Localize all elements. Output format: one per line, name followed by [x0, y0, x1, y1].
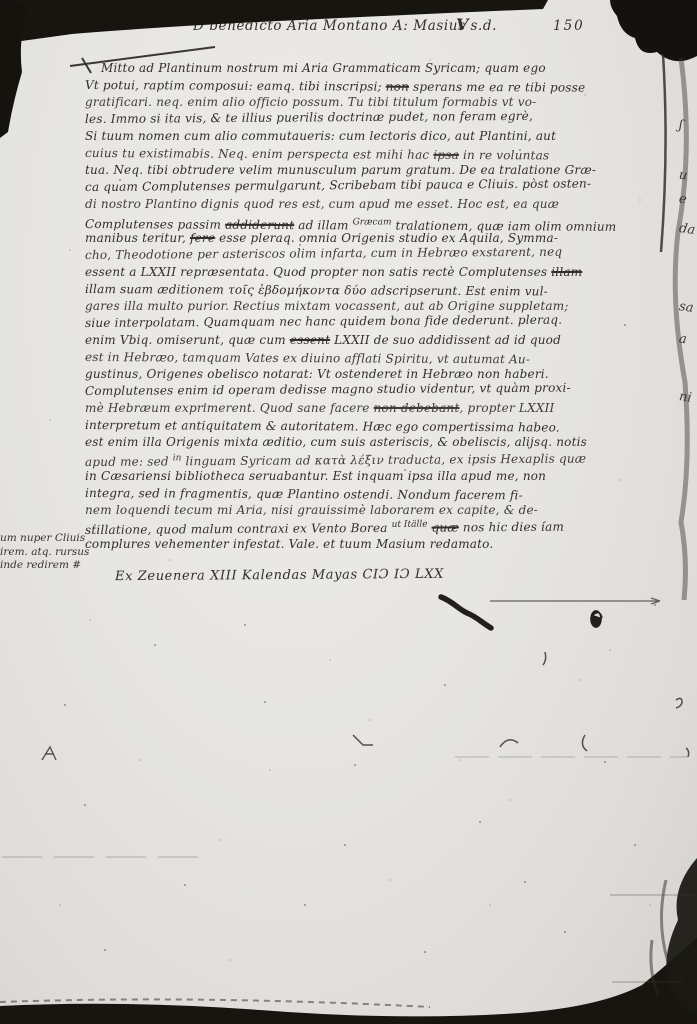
folio-number: 150 — [553, 18, 585, 34]
manuscript-body: Mitto ad Plantinum nostrum mi Aria Gramm… — [85, 60, 650, 553]
gutter-fragment: e — [678, 192, 688, 208]
gutter-fragment: a — [678, 332, 688, 348]
manuscript-line: in Cæsariensi bibliotheca seruabantur. E… — [85, 468, 650, 485]
manuscript-line: enim Vbiq. omiserunt, quæ cum essent LXX… — [85, 332, 650, 349]
manuscript-line: Si tuum nomen cum alio commutaueris: cum… — [85, 128, 650, 145]
manuscript-page-photo: D benedicto Aria Montano A: Masius s.d. … — [0, 0, 697, 1024]
right-crease-line — [661, 54, 666, 252]
manuscript-line: cho, Theodotione per asteriscos olim inf… — [85, 243, 650, 264]
manuscript-line: complures vehementer infestat. Vale. et … — [85, 536, 650, 553]
margin-note: um nuper Cliuisirem. atq. rursusinde red… — [0, 532, 100, 573]
manuscript-line: ca quam Complutenses permulgarunt, Scrib… — [85, 175, 650, 196]
bottom-right-ink-blot — [666, 858, 697, 1016]
section-numeral: V — [456, 15, 468, 34]
bottom-border-shadow — [0, 938, 697, 1024]
manuscript-line: Complutenses enim id operam dedisse magn… — [85, 379, 650, 400]
bottom-right-rule-fragments — [610, 895, 694, 982]
ink-squiggle — [441, 597, 491, 628]
gutter-fragment: ʃ — [678, 118, 684, 133]
manuscript-line: stillatione, quod malum contraxi ex Vent… — [85, 515, 650, 536]
manuscript-line: essent a LXXII repræsentata. Quod propte… — [85, 264, 650, 281]
header-dedication: D benedicto Aria Montano A: Masius s.d. — [193, 18, 497, 34]
gutter-fragment: ni — [678, 389, 692, 406]
gutter-fragment: u — [678, 167, 688, 183]
manuscript-line: mè Hebræum exprimerent. Quod sane facere… — [85, 400, 650, 417]
small-pen-marks — [353, 652, 689, 757]
ink-blob — [591, 611, 602, 627]
manuscript-line: interpretum et antiquitatem & autoritate… — [85, 417, 650, 437]
margin-note-line: um nuper Cliuis — [0, 532, 100, 546]
margin-note-line: irem. atq. rursus — [0, 546, 100, 560]
bottom-right-scratches — [651, 880, 668, 995]
page-header: D benedicto Aria Montano A: Masius s.d. … — [0, 14, 697, 36]
gutter-fragment: sa — [678, 299, 694, 316]
manuscript-line: cuius tu existimabis. Neq. enim perspect… — [85, 145, 650, 165]
gutter-fragment: da — [678, 221, 696, 238]
manuscript-line: apud me: sed in linguam Syricam ad κατὰ … — [85, 447, 650, 468]
date-line: Ex Zeuenera XIII Kalendas Mayas CIƆ IƆ L… — [115, 567, 444, 584]
margin-note-line: inde redirem # — [0, 559, 100, 573]
manuscript-line: di nostro Plantino dignis quod res est, … — [85, 196, 650, 213]
pen-rule-arrow — [490, 598, 660, 604]
doodle-a — [42, 747, 56, 760]
bottom-border-speckle-line — [0, 999, 430, 1007]
manuscript-line: les. Immo si ita vis, & te illius pueril… — [85, 107, 650, 128]
manuscript-line: siue interpolatam. Quamquam nec hanc qui… — [85, 311, 650, 332]
gutter-fragments: ʃuedasaani — [673, 0, 697, 600]
manuscript-line: Complutenses passim addiderunt ad illam … — [85, 213, 650, 233]
manuscript-line: Mitto ad Plantinum nostrum mi Aria Gramm… — [85, 60, 650, 77]
manuscript-line: est in Hebræo, tamquam Vates ex diuino a… — [85, 349, 650, 369]
